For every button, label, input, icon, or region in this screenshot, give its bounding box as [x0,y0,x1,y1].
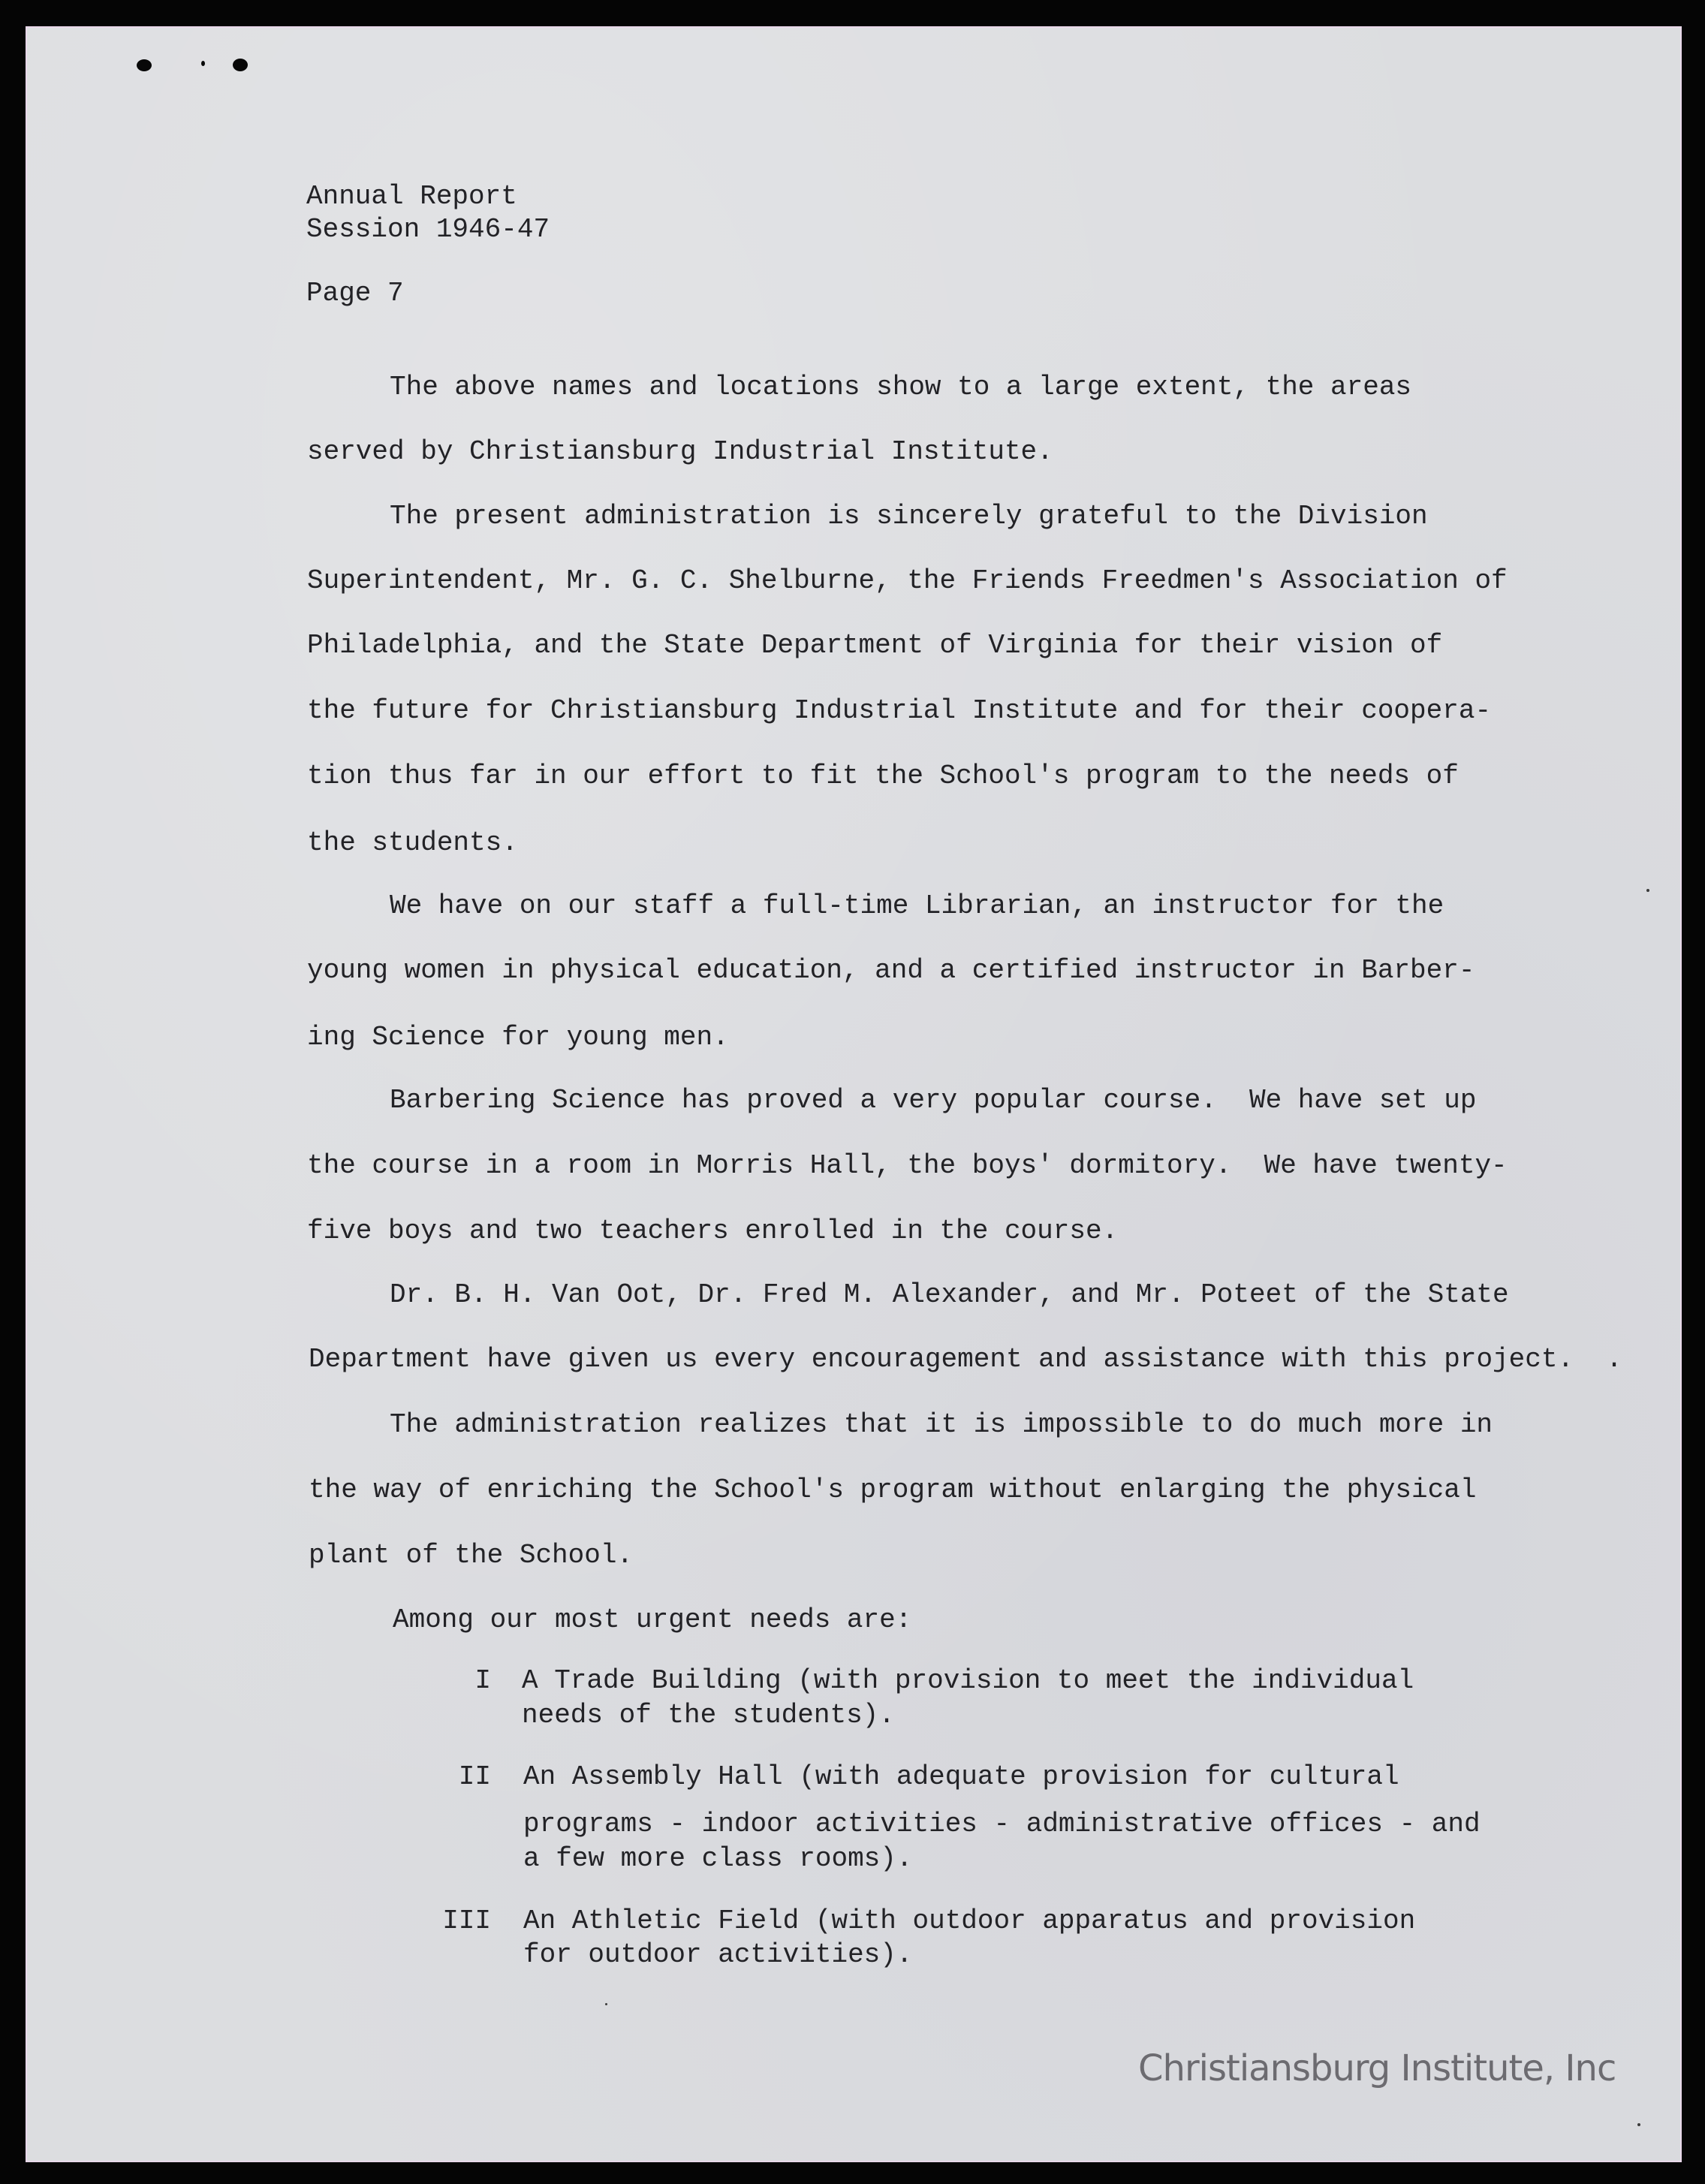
report-title: Annual Report [306,182,517,212]
paper-speck [1646,889,1649,892]
list-item-line: An Assembly Hall (with adequate provisio… [523,1762,1399,1792]
body-line: Dr. B. H. Van Oot, Dr. Fred M. Alexander… [390,1280,1509,1310]
body-line: the students. [307,828,518,858]
body-line: The administration realizes that it is i… [390,1410,1493,1440]
punch-hole [233,59,248,71]
body-line: The present administration is sincerely … [390,502,1428,532]
body-line: served by Christiansburg Industrial Inst… [307,437,1053,467]
body-line: the way of enriching the School's progra… [309,1475,1476,1505]
list-item-line: needs of the students). [522,1701,895,1731]
body-line: We have on our staff a full-time Librari… [390,891,1444,921]
body-line: Superintendent, Mr. G. C. Shelburne, the… [307,566,1508,596]
body-line: the future for Christiansburg Industrial… [307,696,1491,726]
page-number: Page 7 [306,279,404,309]
paper-speck [605,2003,607,2005]
body-line: the course in a room in Morris Hall, the… [307,1151,1508,1181]
list-item-line: for outdoor activities). [523,1940,912,1970]
body-line: five boys and two teachers enrolled in t… [307,1216,1118,1246]
paper-speck [1637,2123,1640,2126]
body-line: young women in physical education, and a… [307,956,1475,986]
watermark: Christiansburg Institute, Inc [1138,2047,1616,2089]
body-line: plant of the School. [309,1541,633,1571]
body-line: Among our most urgent needs are: [393,1605,911,1635]
report-session: Session 1946-47 [306,215,550,245]
body-line: The above names and locations show to a … [390,372,1411,402]
punch-hole [137,59,152,71]
body-line: Barbering Science has proved a very popu… [390,1086,1476,1116]
list-numeral: II [401,1762,491,1792]
body-line: ing Science for young men. [307,1023,729,1053]
list-numeral: I [401,1666,491,1696]
list-numeral: III [401,1906,491,1936]
list-item-line: A Trade Building (with provision to meet… [522,1666,1414,1696]
list-item-line: a few more class rooms). [523,1844,912,1874]
list-item-line: programs - indoor activities - administr… [523,1809,1481,1839]
list-item-line: An Athletic Field (with outdoor apparatu… [523,1906,1415,1936]
body-line: Philadelphia, and the State Department o… [307,631,1442,661]
body-line: tion thus far in our effort to fit the S… [307,761,1459,791]
punch-mark [201,61,205,66]
body-line: Department have given us every encourage… [309,1345,1622,1375]
